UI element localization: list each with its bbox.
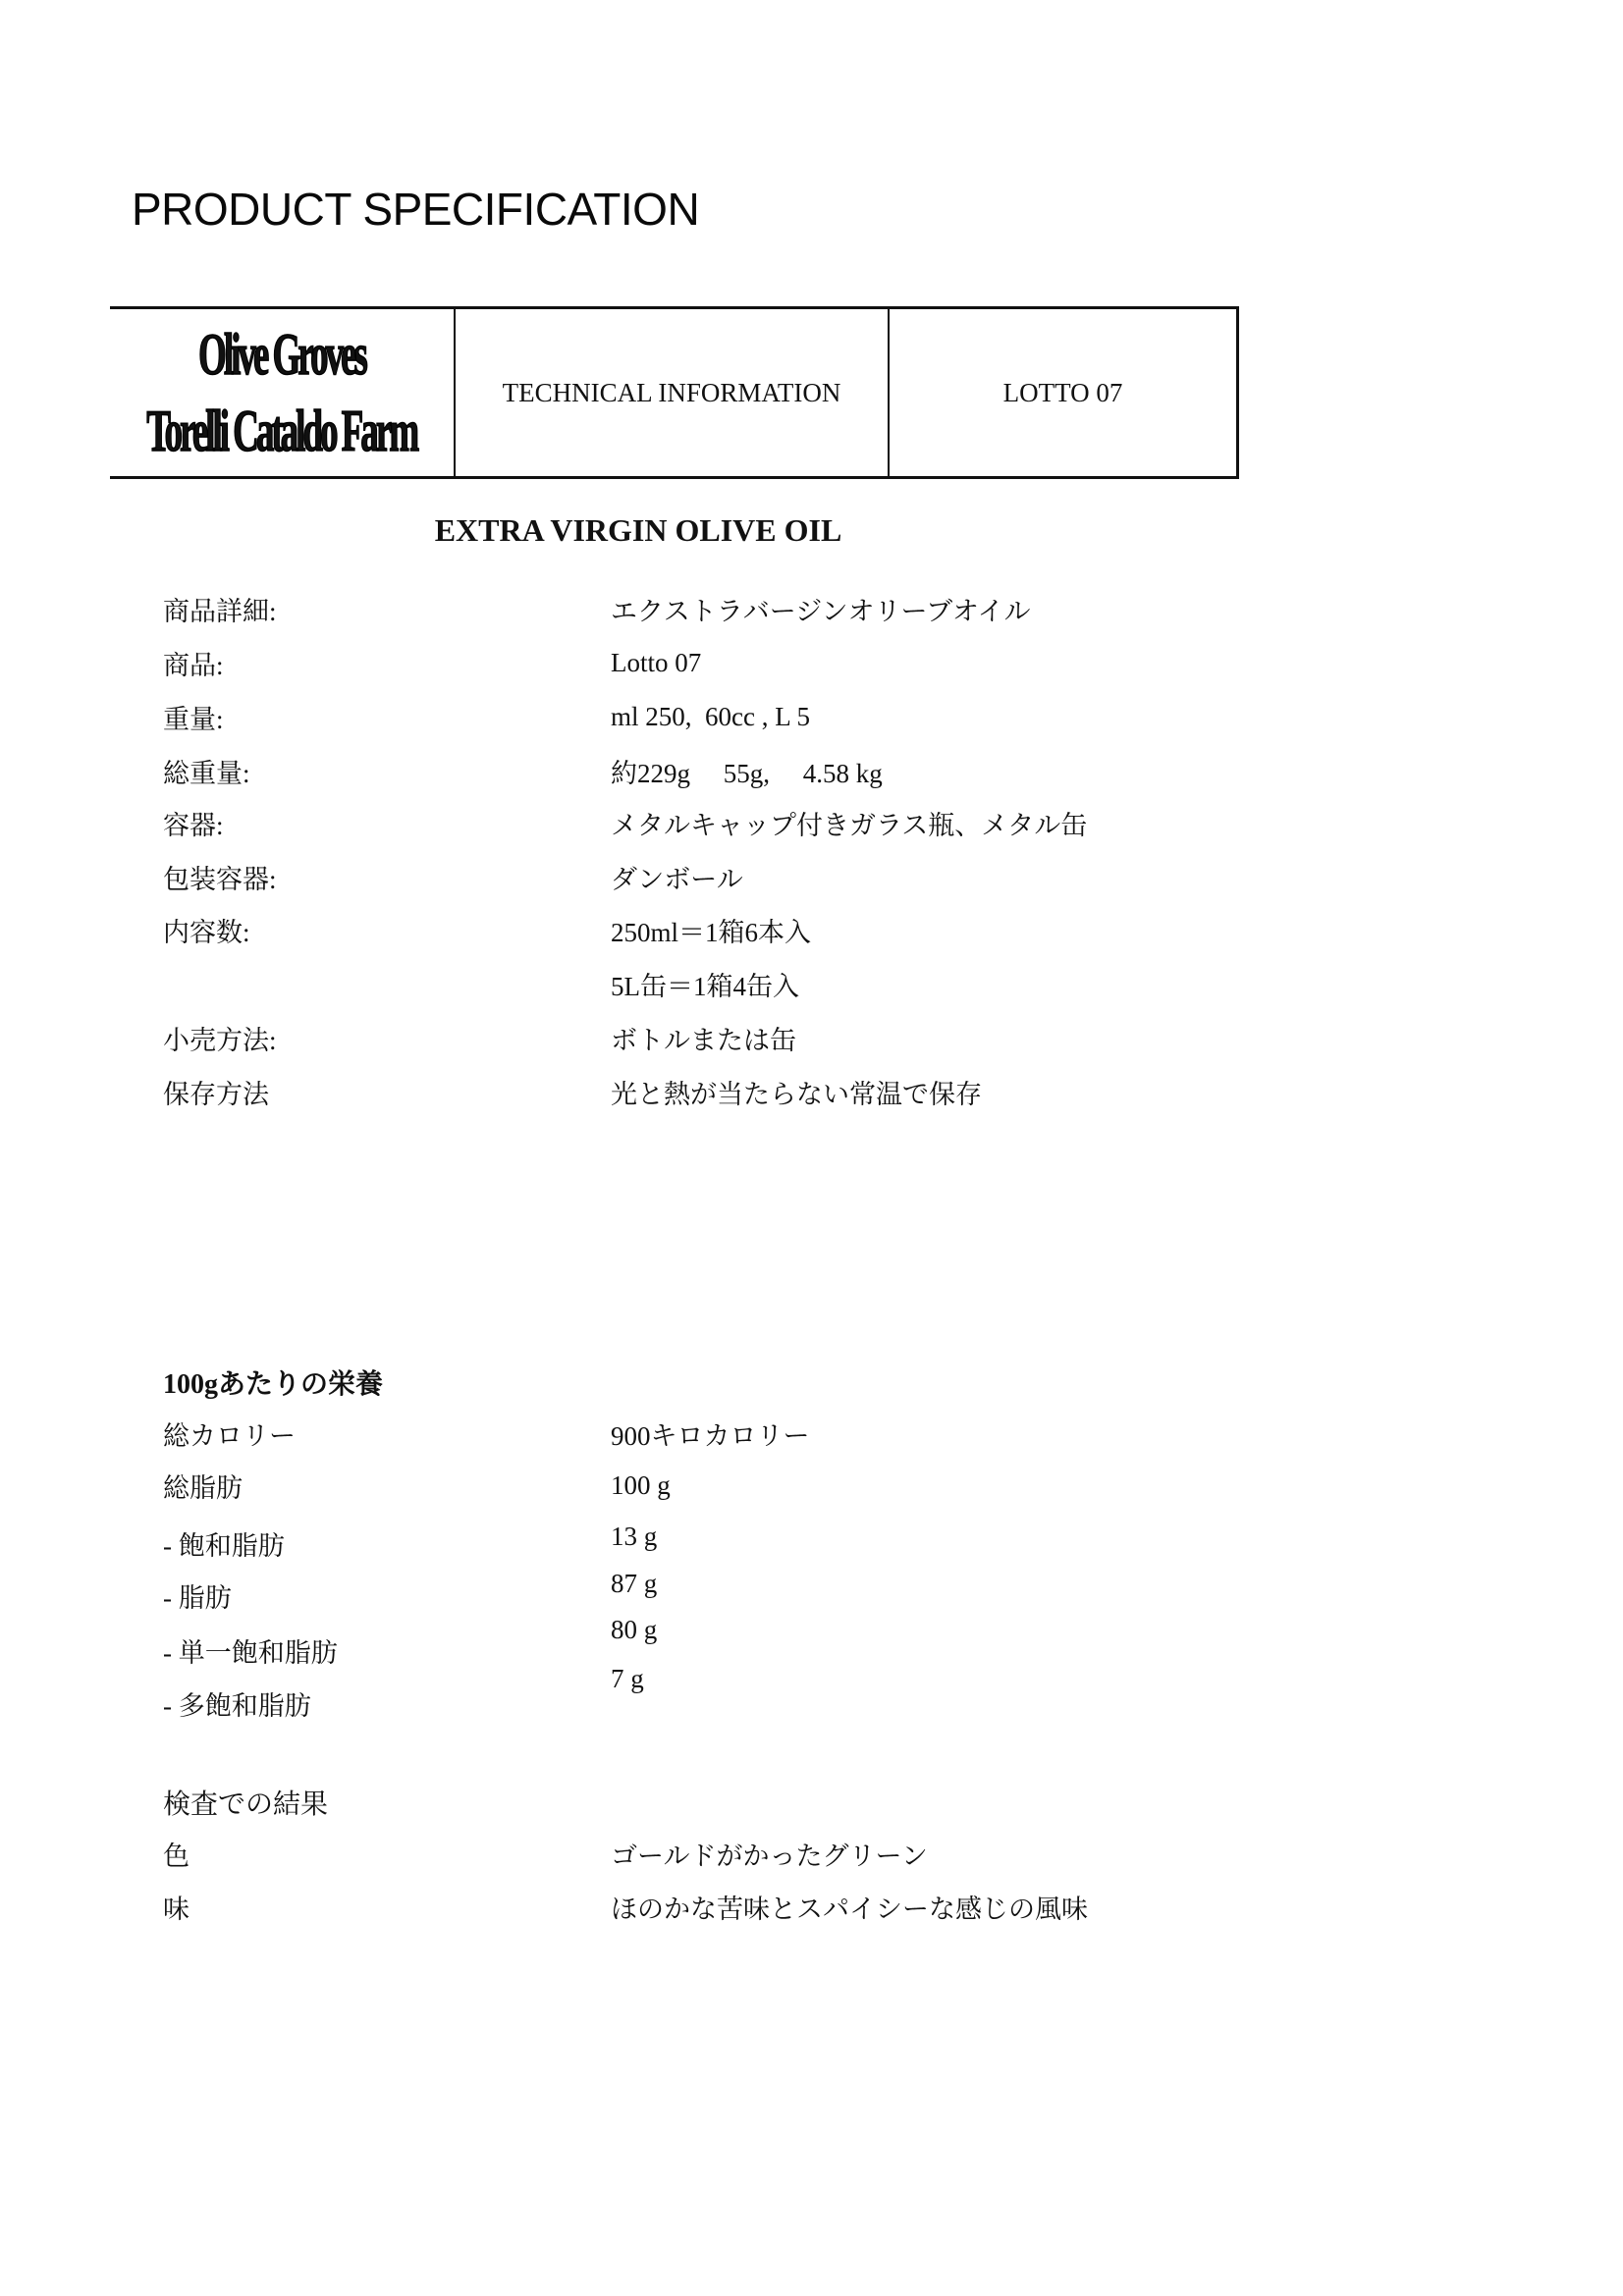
product-name: EXTRA VIRGIN OLIVE OIL (0, 512, 1276, 549)
spec-row-volume: 重量: ml 250, 60cc , L 5 (163, 697, 1439, 736)
spec-value: Lotto 07 (611, 648, 701, 678)
spec-value: ml 250, 60cc , L 5 (611, 702, 810, 732)
nutrition-label: 総カロリー (163, 1415, 611, 1453)
spec-row-packaging: 包装容器: ダンボール (163, 857, 1439, 896)
spec-value: 光と熱が当たらない常温で保存 (611, 1073, 982, 1111)
spec-label: 容器: (163, 804, 611, 842)
nutrition-value: 100 g (611, 1470, 671, 1501)
page-title: PRODUCT SPECIFICATION (132, 183, 699, 236)
inspection-label: 味 (163, 1888, 611, 1926)
spec-label: 商品詳細: (163, 590, 611, 628)
technical-information-cell: TECHNICAL INFORMATION (456, 309, 890, 476)
spec-row-container: 容器: メタルキャップ付きガラス瓶、メタル缶 (163, 803, 1439, 842)
inspection-row-color: 色 ゴールドがかったグリーン (163, 1834, 1439, 1873)
inspection-heading: 検査での結果 (163, 1783, 328, 1822)
nutrition-label-monounsaturated-fat: - 単一飽和脂肪 (163, 1631, 338, 1670)
nutrition-label-saturated-fat: - 飽和脂肪 (163, 1524, 285, 1563)
spec-value: ボトルまたは缶 (611, 1019, 796, 1057)
inspection-value: ほのかな苦味とスパイシーな感じの風味 (611, 1888, 1088, 1926)
nutrition-value: 900キロカロリー (611, 1415, 810, 1453)
spec-row-product-detail: 商品詳細: エクストラバージンオリーブオイル (163, 589, 1439, 628)
nutrition-label: 総脂肪 (163, 1467, 611, 1505)
spec-label: 保存方法 (163, 1073, 611, 1111)
nutrition-label-polyunsaturated-fat: - 多飽和脂肪 (163, 1684, 311, 1723)
spec-value: 250ml＝1箱6本入 (611, 911, 811, 949)
spec-value: 約229g 55g, 4.58 kg (611, 752, 883, 790)
nutrition-value-polyunsaturated-fat: 7 g (611, 1664, 644, 1694)
inspection-row-taste: 味 ほのかな苦味とスパイシーな感じの風味 (163, 1887, 1439, 1926)
nutrition-label-fat: - 脂肪 (163, 1576, 232, 1615)
nutrition-row-calories: 総カロリー 900キロカロリー (163, 1414, 1439, 1453)
logo-line-farm-name: Torelli Cataldo Farm (147, 393, 417, 469)
nutrition-row-total-fat: 総脂肪 100 g (163, 1466, 1439, 1505)
spec-value: メタルキャップ付きガラス瓶、メタル缶 (611, 804, 1087, 842)
spec-value: 5L缶＝1箱4缶入 (611, 965, 799, 1003)
nutrition-value-monounsaturated-fat: 80 g (611, 1615, 657, 1645)
spec-row-storage: 保存方法 光と熱が当たらない常温で保存 (163, 1072, 1439, 1111)
spec-label: 包装容器: (163, 858, 611, 896)
spec-label: 総重量: (163, 752, 611, 790)
spec-label: 重量: (163, 698, 611, 736)
spec-label: 内容数: (163, 911, 611, 949)
spec-row-contents-continued: 5L缶＝1箱4缶入 (163, 964, 1439, 1003)
nutrition-value-fat: 87 g (611, 1569, 657, 1599)
spec-row-product: 商品: Lotto 07 (163, 643, 1439, 682)
spec-label: 商品: (163, 644, 611, 682)
farm-logo: Olive Groves Torelli Cataldo Farm (110, 309, 456, 476)
inspection-value: ゴールドがかったグリーン (611, 1835, 928, 1873)
header-table: Olive Groves Torelli Cataldo Farm TECHNI… (110, 306, 1239, 479)
spec-value: ダンボール (611, 858, 743, 896)
spec-row-contents: 内容数: 250ml＝1箱6本入 (163, 910, 1439, 949)
nutrition-value-saturated-fat: 13 g (611, 1522, 657, 1552)
spec-row-retail-method: 小売方法: ボトルまたは缶 (163, 1018, 1439, 1057)
inspection-label: 色 (163, 1835, 611, 1873)
spec-value: エクストラバージンオリーブオイル (611, 590, 1031, 628)
lot-number-cell: LOTTO 07 (890, 309, 1236, 476)
logo-line-olive-groves: Olive Groves (198, 316, 365, 393)
spec-label: 小売方法: (163, 1019, 611, 1057)
spec-row-gross-weight: 総重量: 約229g 55g, 4.58 kg (163, 751, 1439, 790)
nutrition-heading: 100gあたりの栄養 (163, 1362, 383, 1402)
